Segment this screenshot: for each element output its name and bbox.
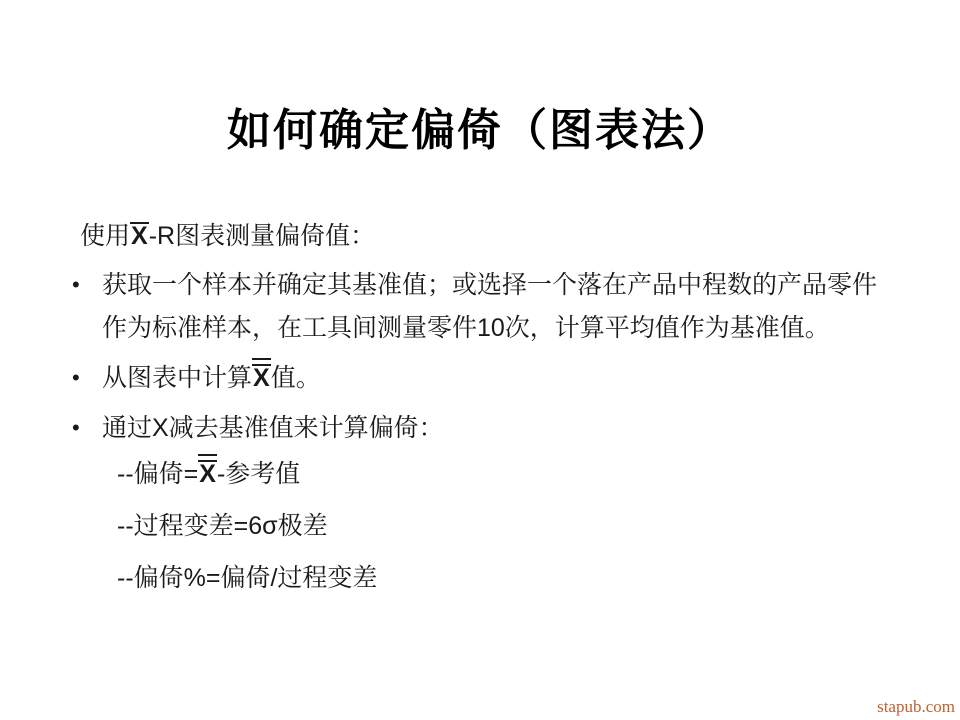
bullet-2-post: 值。 [271, 364, 321, 392]
sub-item-1: --偏倚=X-参考值 [117, 457, 300, 491]
bullet-item-3: •通过X减去基准值来计算偏倚： [102, 411, 444, 445]
x-bar-symbol: X [130, 219, 149, 253]
bullet-item-1-line-2: 作为标准样本，在工具间测量零件10次，计算平均值作为基准值。 [102, 311, 830, 345]
bullet-dot: • [72, 268, 80, 302]
intro-line: 使用X-R图表测量偏倚值： [80, 219, 375, 253]
sub-item-3: --偏倚%=偏倚/过程变差 [117, 561, 377, 595]
page-title: 如何确定偏倚（图表法） [0, 103, 960, 158]
bullet-item-1-line-1: •获取一个样本并确定其基准值；或选择一个落在产品中程数的产品零件 [102, 268, 877, 302]
bullet-1-text-1: 获取一个样本并确定其基准值；或选择一个落在产品中程数的产品零件 [102, 271, 877, 299]
sub-item-2: --过程变差=6σ极差 [117, 509, 328, 543]
sub-1-pre: --偏倚= [117, 460, 198, 488]
bullet-1-text-2: 作为标准样本，在工具间测量零件10次，计算平均值作为基准值。 [102, 314, 830, 342]
bullet-2-pre: 从图表中计算 [102, 364, 252, 392]
sub-2-text: --过程变差=6σ极差 [117, 512, 328, 540]
slide: 如何确定偏倚（图表法） 使用X-R图表测量偏倚值： •获取一个样本并确定其基准值… [0, 0, 960, 720]
x-double-bar-symbol: X [252, 361, 271, 395]
bullet-3-text: 通过X减去基准值来计算偏倚： [102, 414, 444, 442]
bullet-dot: • [72, 411, 80, 445]
intro-pre: 使用 [80, 222, 130, 250]
bullet-dot: • [72, 361, 80, 395]
sub-1-post: -参考值 [217, 460, 300, 488]
sub-3-text: --偏倚%=偏倚/过程变差 [117, 564, 377, 592]
bullet-item-2: •从图表中计算X值。 [102, 361, 321, 395]
x-double-bar-symbol: X [198, 457, 217, 491]
watermark: stapub.com [877, 697, 955, 717]
intro-post: -R图表测量偏倚值： [149, 222, 375, 250]
